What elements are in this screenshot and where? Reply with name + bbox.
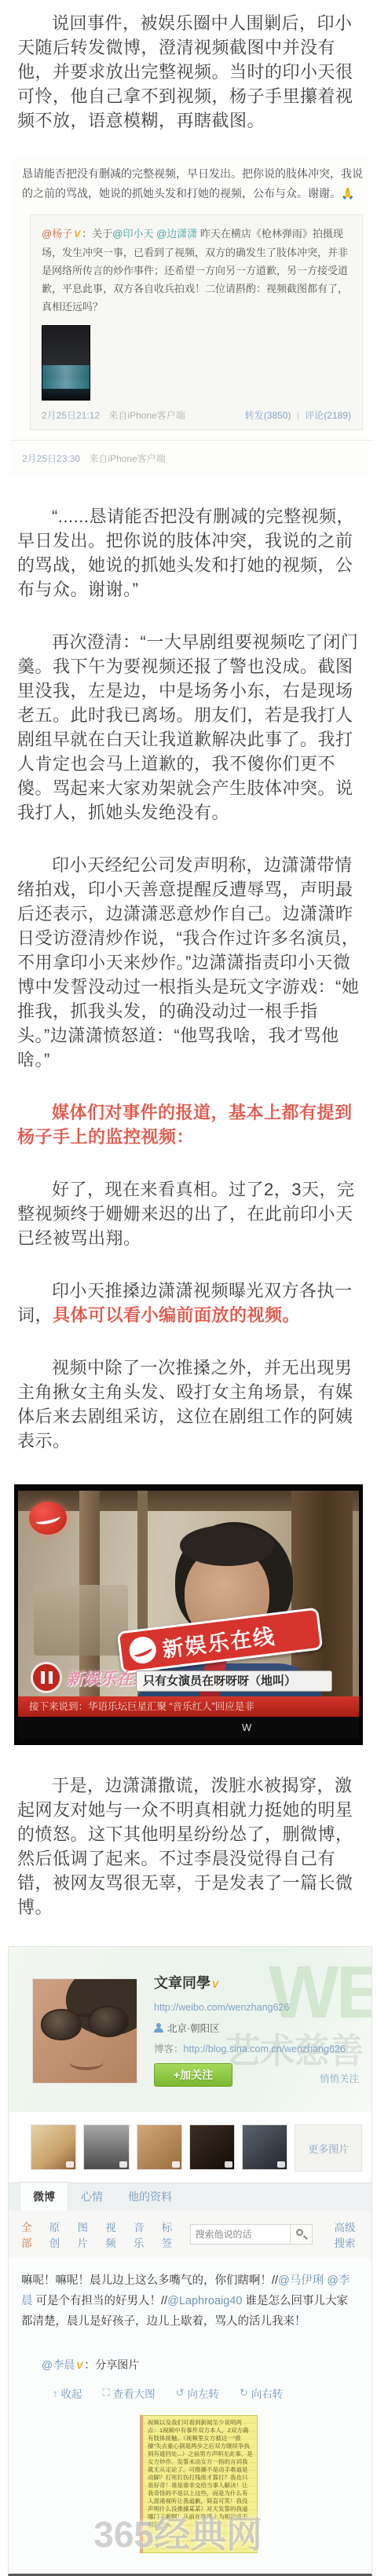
photo-count-icon — [172, 2161, 180, 2168]
blog-label: 博客： — [154, 2044, 184, 2055]
quote-text-2: 昨天在横店《枪林弹雨》拍摄现场，发生冲突一事，已看到了视频，双方的确发生了肢体冲… — [42, 228, 348, 313]
quote-meta-right: 转发(3850) | 评论(2189) — [245, 408, 351, 422]
interview-scene: 新娱乐在线 新娱乐在线 只有女演员在呀呀呀（地叫） 接下来说到：华语乐坛巨星汇聚… — [18, 1491, 359, 1739]
comment-link[interactable]: 评论(2189) — [305, 410, 351, 421]
background-furniture — [34, 1585, 128, 1656]
user-icon — [154, 2023, 163, 2033]
profile-tabs: 微博 心情 他的资料 — [9, 2183, 372, 2211]
quoted-weibo-text: @杨子V：关于@印小天 @边潇潇 昨天在横店《枪林弹雨》拍摄现场，发生冲突一事，… — [42, 225, 351, 316]
filter-tags[interactable]: 标签 — [162, 2219, 176, 2250]
verified-icon: V — [210, 1979, 220, 1990]
view-large-link[interactable]: ⛶查看大图 — [103, 2385, 156, 2401]
photo-thumbnail[interactable] — [189, 2124, 235, 2170]
quoted-weibo-box: @杨子V：关于@印小天 @边潇潇 昨天在横店《枪林弹雨》拍摄现场，发生冲突一事，… — [30, 214, 363, 430]
meta-separator: | — [297, 410, 299, 421]
filter-all[interactable]: 全部 — [21, 2219, 35, 2250]
quote-text-1: 关于 — [92, 228, 112, 240]
collapse-icon: ↑ — [53, 2388, 58, 2399]
channel-badge-label: 新娱乐在线 — [160, 1619, 277, 1663]
article-paragraph-8: 视频中除了一次推搡之外，并无出现男主角揪女主角头发、殴打女主角场景，有媒体后来去… — [17, 1356, 364, 1453]
mention-bianxiaoxiao[interactable]: @边潇潇 — [156, 228, 197, 240]
mention-yangzi[interactable]: @杨子 — [42, 228, 72, 240]
article-paragraph-6: 好了，现在来看真相。过了2，3天，完整视频终于姗姗来迟的出了，在此前印小天已经被… — [17, 1177, 364, 1250]
article-paragraph-3: 再次澄清：“一大早剧组要视频吃了闭门羹。我下午为要视频还报了警也没成。截图里没我… — [17, 630, 364, 825]
profile-post-text: 嘛呢！嘛呢！晨儿边上这么多嘴气的，你们瞎啊！//@马伊琍 @李晨 可是个有担当的… — [9, 2258, 372, 2338]
rotate-left-link[interactable]: ↺向左转 — [176, 2385, 219, 2401]
filter-original[interactable]: 原创 — [49, 2219, 64, 2250]
tab-his-info[interactable]: 他的资料 — [115, 2183, 185, 2211]
site-watermark: 365经典网 — [93, 2506, 262, 2558]
photo-count-icon — [277, 2161, 285, 2168]
article-paragraph-9: 于是，边潇潇撒谎，泼脏水被揭穿，激起网友对她与一众不明真相就力挺她的明星的愤怒。… — [17, 1773, 364, 1919]
photo-count-icon — [225, 2161, 232, 2168]
interviewee-fringe — [180, 1525, 274, 1566]
interview-video-screenshot[interactable]: 新娱乐在线 新娱乐在线 只有女演员在呀呀呀（地叫） 接下来说到：华语乐坛巨星汇聚… — [14, 1484, 363, 1745]
weibo-divider — [11, 440, 374, 441]
article-paragraph-1: 说回事件，被娱乐圈中人围剿后，印小天随后转发微博，澄清视频截图中并没有他，并要求… — [17, 11, 364, 133]
rotate-right-icon: ↻ — [240, 2387, 248, 2399]
outer-timestamp[interactable]: 2月25日23:30 — [22, 453, 80, 464]
verified-icon: V — [75, 2360, 84, 2371]
advanced-search-link[interactable]: 高级搜索 — [335, 2219, 363, 2250]
magnifier-icon — [296, 2229, 303, 2236]
article-paragraph-5-highlight: 媒体们对事件的报道，基本上都有提到杨子手上的监控视频： — [17, 1100, 364, 1149]
long-weibo-note-wrap: 视频以及我们可看到新闻至少说明两点：1视频中有事件双方本人，2双方确有肢体接触。… — [140, 2415, 258, 2553]
outer-source: 来自iPhone客户端 — [89, 453, 165, 464]
profile-name-text: 文章同學 — [154, 1975, 210, 1991]
blog-url-link[interactable]: http://blog.sina.com.cn/wenzhang626 — [184, 2044, 346, 2055]
photo-strip: 更多图片 — [9, 2112, 372, 2183]
article-paragraph-7: 印小天推搡边潇潇视频曝光双方各执一词，具体可以看小编前面放的视频。 — [17, 1279, 364, 1327]
post-text-1: 嘛呢！嘛呢！晨儿边上这么多嘴气的，你们瞎啊！// — [21, 2274, 278, 2287]
channel-logo-icon — [128, 1635, 158, 1665]
search-button[interactable] — [291, 2224, 313, 2245]
filter-bar: 全部 原创 图片 视频 音乐 标签 高级搜索 — [9, 2211, 372, 2258]
search-area — [190, 2224, 313, 2245]
quoted-lichen-post: @李晨V：分享图片 ↑收起 ⛶查看大图 ↺向左转 ↻向右转 视频以及我们可看到新… — [31, 2346, 364, 2574]
photo-count-icon — [66, 2161, 74, 2168]
quote-meta-row: 2月25日21:12 来自iPhone客户端 转发(3850) | 评论(218… — [42, 408, 351, 422]
mention-laphroaig40[interactable]: @Laphroaig40 — [167, 2295, 242, 2307]
tab-weibo[interactable]: 微博 — [20, 2182, 68, 2211]
profile-name: 文章同學V — [154, 1972, 346, 1992]
video-still-thumbnail[interactable] — [42, 325, 90, 401]
repost-link[interactable]: 转发(3850) — [245, 410, 291, 421]
weibo-outer-text: 恳请能否把没有删减的完整视频，早日发出。把你说的肢体冲突，我说的之前的骂战，她说… — [22, 164, 363, 203]
article-paragraph-2: “......恳请能否把没有删减的完整视频，早日发出。把你说的肢体冲突，我说的之… — [17, 504, 364, 602]
search-input[interactable] — [190, 2224, 291, 2245]
mention-yinxiaotian[interactable]: @印小天 — [112, 228, 153, 240]
mention-lichen-author[interactable]: @李晨 — [42, 2358, 75, 2371]
tab-mood[interactable]: 心情 — [68, 2183, 115, 2211]
quiet-follow-link[interactable]: 悄悄关注 — [320, 2071, 359, 2085]
filter-videos[interactable]: 视频 — [105, 2219, 119, 2250]
filter-pictures[interactable]: 图片 — [78, 2219, 92, 2250]
weibo-outer-meta: 2月25日23:30 来自iPhone客户端 — [22, 452, 363, 465]
quote-source: 来自iPhone客户端 — [108, 410, 185, 421]
photo-thumbnail[interactable] — [83, 2124, 129, 2170]
verified-icon: V — [72, 229, 82, 240]
photo-count-icon — [119, 2161, 127, 2168]
photo-thumbnail[interactable] — [137, 2124, 182, 2170]
weibo-profile-screenshot: WE 艺术慈善 文章同學V http://weibo.com/wenzhang6… — [8, 1946, 372, 2576]
quote-meta-left: 2月25日21:12 来自iPhone客户端 — [42, 408, 185, 422]
mention-mayili[interactable]: @马伊琍 — [278, 2274, 324, 2287]
more-photos-button[interactable]: 更多图片 — [295, 2124, 361, 2172]
image-action-bar: ↑收起 ⛶查看大图 ↺向左转 ↻向右转 — [53, 2385, 356, 2401]
lichen-share-text: ：分享图片 — [84, 2358, 139, 2371]
profile-info: 文章同學V http://weibo.com/wenzhang626 北京·朝阳… — [154, 1972, 346, 2087]
profile-blog-row: 博客：http://blog.sina.com.cn/wenzhang626 — [154, 2041, 346, 2055]
tv-station-logo-icon — [29, 1502, 67, 1535]
profile-location-text: 北京·朝阳区 — [167, 2021, 220, 2035]
article-paragraph-4: 印小天经纪公司发声明称，边潇潇带情绪拍戏，印小天善意提醒反遭辱骂，声明最后还表示… — [17, 853, 364, 1072]
photo-thumbnail[interactable] — [31, 2124, 76, 2170]
profile-location: 北京·朝阳区 — [154, 2021, 346, 2035]
filter-music[interactable]: 音乐 — [134, 2219, 148, 2250]
collapse-link[interactable]: ↑收起 — [53, 2385, 82, 2401]
profile-header: WE 艺术慈善 文章同學V http://weibo.com/wenzhang6… — [9, 1947, 372, 2112]
pray-hands-icon: 🙏 — [341, 187, 354, 199]
news-ticker: 接下来说到：华语乐坛巨星汇聚 “音乐红人”回应是非 — [18, 1696, 359, 1717]
pause-icon[interactable] — [31, 1662, 62, 1693]
video-bottom-strip: W — [18, 1717, 359, 1739]
paragraph-7-highlight: 具体可以看小编前面放的视频。 — [53, 1305, 300, 1325]
zoom-icon: ⛶ — [103, 2387, 110, 2399]
weibo-outer-text-body: 恳请能否把没有删减的完整视频，早日发出。把你说的肢体冲突，我说的之前的骂战，她说… — [22, 167, 363, 199]
quote-timestamp[interactable]: 2月25日21:12 — [42, 410, 100, 421]
profile-url-link[interactable]: http://weibo.com/wenzhang626 — [154, 2002, 346, 2013]
rotate-left-icon: ↺ — [176, 2387, 185, 2399]
quote-colon: ： — [82, 228, 92, 240]
subtitle-bar: 只有女演员在呀呀呀（地叫） — [136, 1670, 332, 1692]
article-page: 说回事件，被娱乐圈中人围剿后，印小天随后转发微博，澄清视频截图中并没有他，并要求… — [0, 0, 377, 2576]
follow-button[interactable]: +加关注 — [154, 2063, 232, 2087]
photo-thumbnail[interactable] — [242, 2124, 287, 2170]
weibo-screenshot[interactable]: 恳请能否把没有删减的完整视频，早日发出。把你说的肢体冲突，我说的之前的骂战，她说… — [11, 156, 369, 476]
post-text-2: 可是个有担当的好男人！// — [33, 2295, 168, 2307]
lichen-author-line: @李晨V：分享图片 — [42, 2357, 356, 2373]
rotate-right-link[interactable]: ↻向右转 — [240, 2385, 283, 2401]
avatar[interactable] — [32, 1978, 137, 2084]
